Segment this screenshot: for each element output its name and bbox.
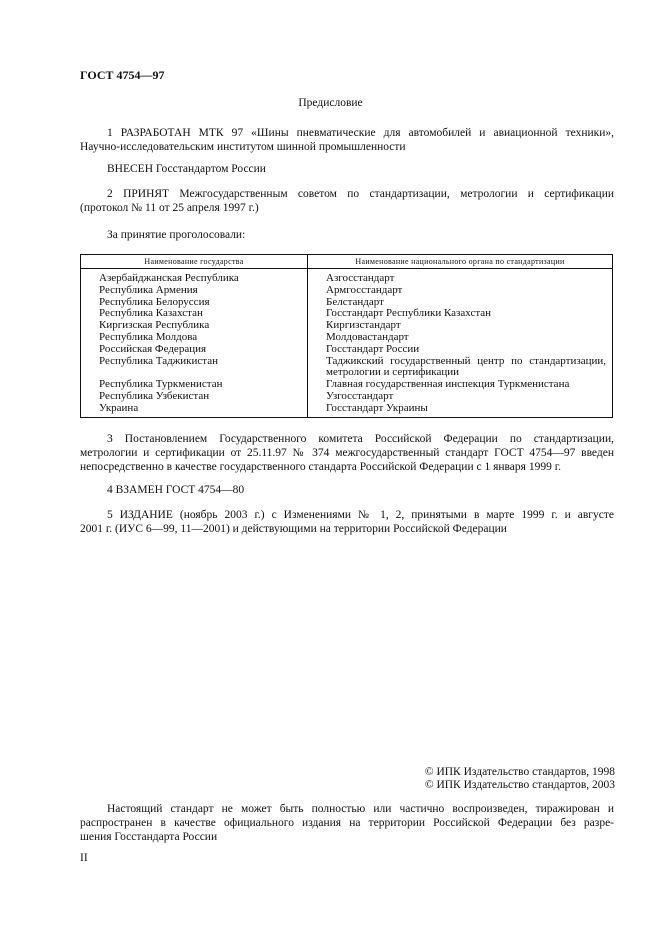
document-id: ГОСТ 4754—97 <box>80 68 165 83</box>
notice-line-3: шения Госстандарта России <box>80 830 614 844</box>
copyright-line: © ИПК Издательство стандартов, 1998 <box>400 766 615 779</box>
paragraph-vote-text: За принятие проголосовали: <box>107 229 245 241</box>
paragraph-vnesen-text: ВНЕСЕН Госстандартом России <box>107 163 266 175</box>
page-number: II <box>80 852 88 864</box>
table-row-body: Молдовастандарт <box>326 332 606 344</box>
paragraph-2-line-1: 2 ПРИНЯТ Межгосударственным советом по с… <box>107 188 614 200</box>
table-row-body: Госстандарт Украины <box>326 403 606 415</box>
table-row-body: Госстандарт России <box>326 344 606 356</box>
table-row-state: Республика Узбекистан <box>99 391 307 403</box>
table-row-body: Узгосстандарт <box>326 391 606 403</box>
paragraph-2-line-2: (протокол № 11 от 25 апреля 1997 г.) <box>80 201 614 215</box>
paragraph-vote: За принятие проголосовали: <box>80 228 614 242</box>
paragraph-1: 1 РАЗРАБОТАН МТК 97 «Шины пневматические… <box>80 126 614 154</box>
section-title: Предисловие <box>0 97 661 109</box>
paragraph-1-line-1: 1 РАЗРАБОТАН МТК 97 «Шины пневматические… <box>107 127 614 139</box>
paragraph-5: 5 ИЗДАНИЕ (ноябрь 2003 г.) с Изменениями… <box>80 508 614 536</box>
notice-line-1: Настоящий стандарт не может быть полност… <box>107 803 614 815</box>
paragraph-3-line-1: 3 Постановлением Государственного комите… <box>107 433 614 445</box>
copyright-block: © ИПК Издательство стандартов, 1998 © ИП… <box>400 766 615 792</box>
bodies-column: Азгосстандарт Армгосстандарт Белстандарт… <box>308 269 613 418</box>
table-row-state: Российская Федерация <box>99 344 307 356</box>
table-row-body: Армгосстандарт <box>326 285 606 297</box>
table-row-state: Республика Армения <box>99 285 307 297</box>
voting-table: Наименование государства Наименование на… <box>80 254 613 418</box>
paragraph-2: 2 ПРИНЯТ Межгосударственным советом по с… <box>80 187 614 215</box>
table-row-state: Республика Таджикистан <box>99 356 307 368</box>
paragraph-5-line-1: 5 ИЗДАНИЕ (ноябрь 2003 г.) с Изменениями… <box>107 509 614 521</box>
paragraph-3-line-2: метрологии и сертификации от 25.11.97 № … <box>80 446 614 460</box>
table-header-body: Наименование национального органа по ста… <box>308 255 613 269</box>
paragraph-vnesen: ВНЕСЕН Госстандартом России <box>80 162 614 176</box>
paragraph-3-line-3: непосредственно в качестве государственн… <box>80 460 614 474</box>
paragraph-5-line-2: 2001 г. (ИУС 6—99, 11—2001) и действующи… <box>80 522 614 536</box>
notice-line-2: распространен в качестве официального из… <box>80 816 614 830</box>
paragraph-3: 3 Постановлением Государственного комите… <box>80 432 614 474</box>
copyright-line: © ИПК Издательство стандартов, 2003 <box>400 779 615 792</box>
table-header-state: Наименование государства <box>81 255 308 269</box>
paragraph-4: 4 ВЗАМЕН ГОСТ 4754—80 <box>80 483 614 497</box>
paragraph-4-text: 4 ВЗАМЕН ГОСТ 4754—80 <box>107 484 244 496</box>
states-column: Азербайджанская Республика Республика Ар… <box>81 269 308 418</box>
table-row-state: Республика Молдова <box>99 332 307 344</box>
table-row-state: Украина <box>99 403 307 415</box>
reproduction-notice: Настоящий стандарт не может быть полност… <box>80 802 614 844</box>
paragraph-1-line-2: Научно-исследовательским институтом шинн… <box>80 140 614 154</box>
